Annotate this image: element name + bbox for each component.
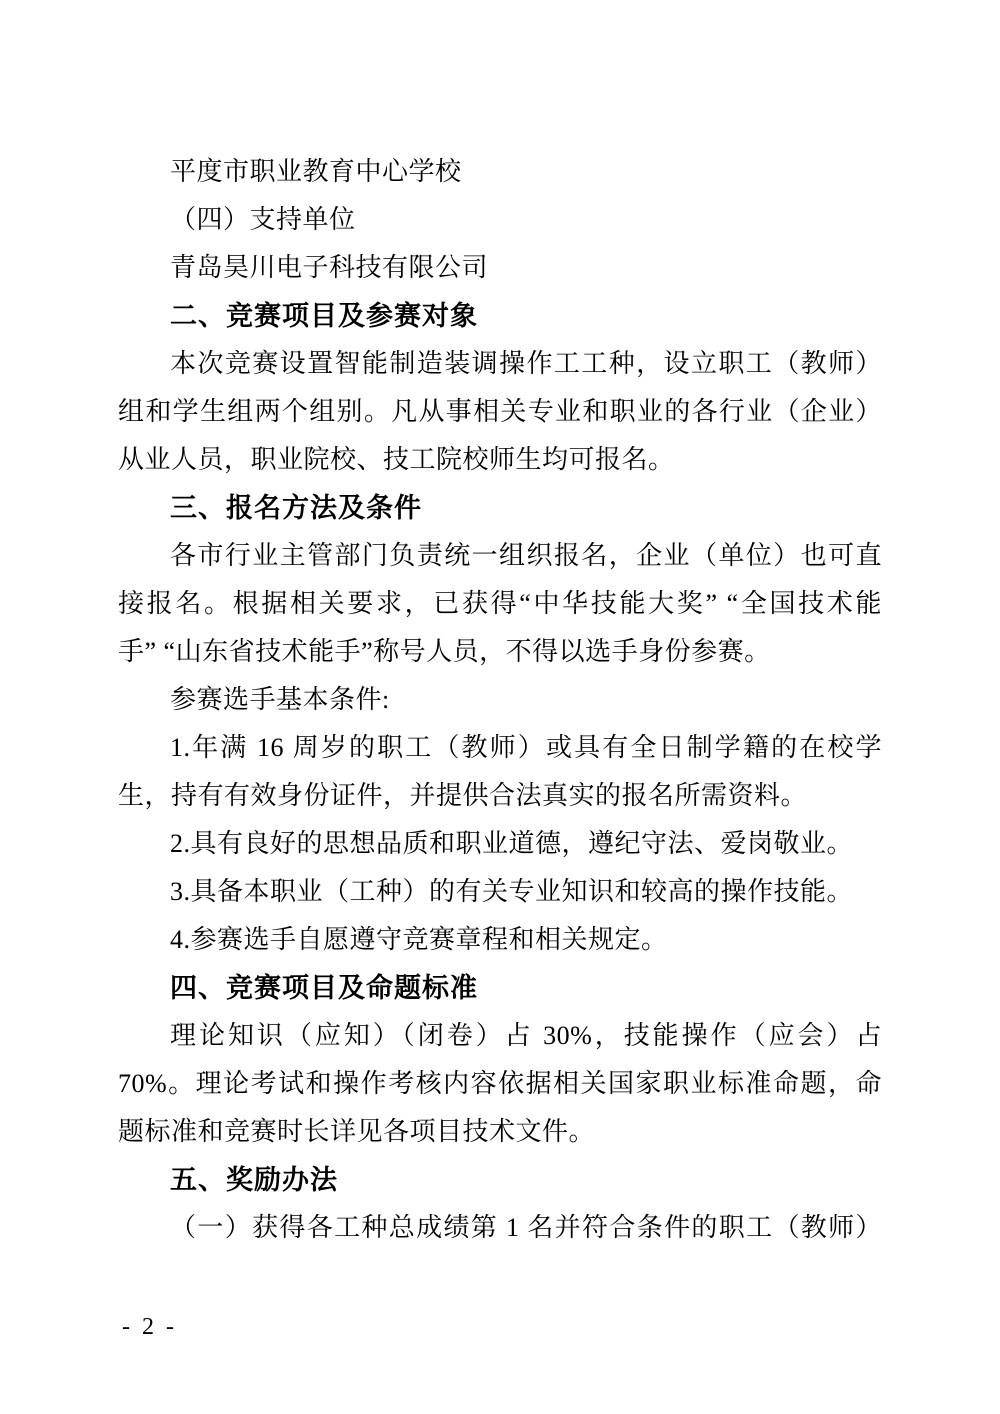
page-number: - 2 - [122, 1305, 177, 1349]
document-page: { "document": { "background_color": "#ff… [0, 0, 1000, 1414]
text-line-para1-2: 组和学生组两个组别。凡从事相关专业和职业的各行业（企业） [118, 388, 882, 436]
section-heading-3-registration: 三、报名方法及条件 [118, 484, 882, 532]
section-heading-5-rewards: 五、奖励办法 [118, 1156, 882, 1204]
text-line-basic-conditions-label: 参赛选手基本条件: [118, 676, 882, 724]
text-line-para3-2: 70%。理论考试和操作考核内容依据相关国家职业标准命题，命 [118, 1060, 882, 1108]
section-heading-4-standards: 四、竞赛项目及命题标准 [118, 964, 882, 1012]
text-line-para2-2: 接报名。根据相关要求，已获得“中华技能大奖” “全国技术能 [118, 580, 882, 628]
text-line-condition1-2: 生，持有有效身份证件，并提供合法真实的报名所需资料。 [118, 772, 882, 820]
text-line-para4-1: （一）获得各工种总成绩第 1 名并符合条件的职工（教师） [118, 1204, 882, 1252]
text-line-support-company: 青岛昊川电子科技有限公司 [118, 244, 882, 292]
section-heading-2-competition-items: 二、竞赛项目及参赛对象 [118, 292, 882, 340]
text-line-para1-3: 从业人员，职业院校、技工院校师生均可报名。 [118, 436, 882, 484]
text-line-para1-1: 本次竞赛设置智能制造装调操作工工种，设立职工（教师） [118, 340, 882, 388]
document-body: 平度市职业教育中心学校 （四）支持单位 青岛昊川电子科技有限公司 二、竞赛项目及… [118, 148, 882, 1252]
text-line-organizer-school: 平度市职业教育中心学校 [118, 148, 882, 196]
text-line-condition4: 4.参赛选手自愿遵守竞赛章程和相关规定。 [118, 916, 882, 964]
text-line-para2-3: 手” “山东省技术能手”称号人员，不得以选手身份参赛。 [118, 628, 882, 676]
text-line-condition2: 2.具有良好的思想品质和职业道德，遵纪守法、爱岗敬业。 [118, 820, 882, 868]
text-line-para3-1: 理论知识（应知）（闭卷）占 30%，技能操作（应会）占 [118, 1012, 882, 1060]
text-line-para2-1: 各市行业主管部门负责统一组织报名，企业（单位）也可直 [118, 532, 882, 580]
text-line-support-unit-label: （四）支持单位 [118, 196, 882, 244]
text-line-condition3: 3.具备本职业（工种）的有关专业知识和较高的操作技能。 [118, 868, 882, 916]
text-line-condition1-1: 1.年满 16 周岁的职工（教师）或具有全日制学籍的在校学 [118, 724, 882, 772]
text-line-para3-3: 题标准和竞赛时长详见各项目技术文件。 [118, 1108, 882, 1156]
